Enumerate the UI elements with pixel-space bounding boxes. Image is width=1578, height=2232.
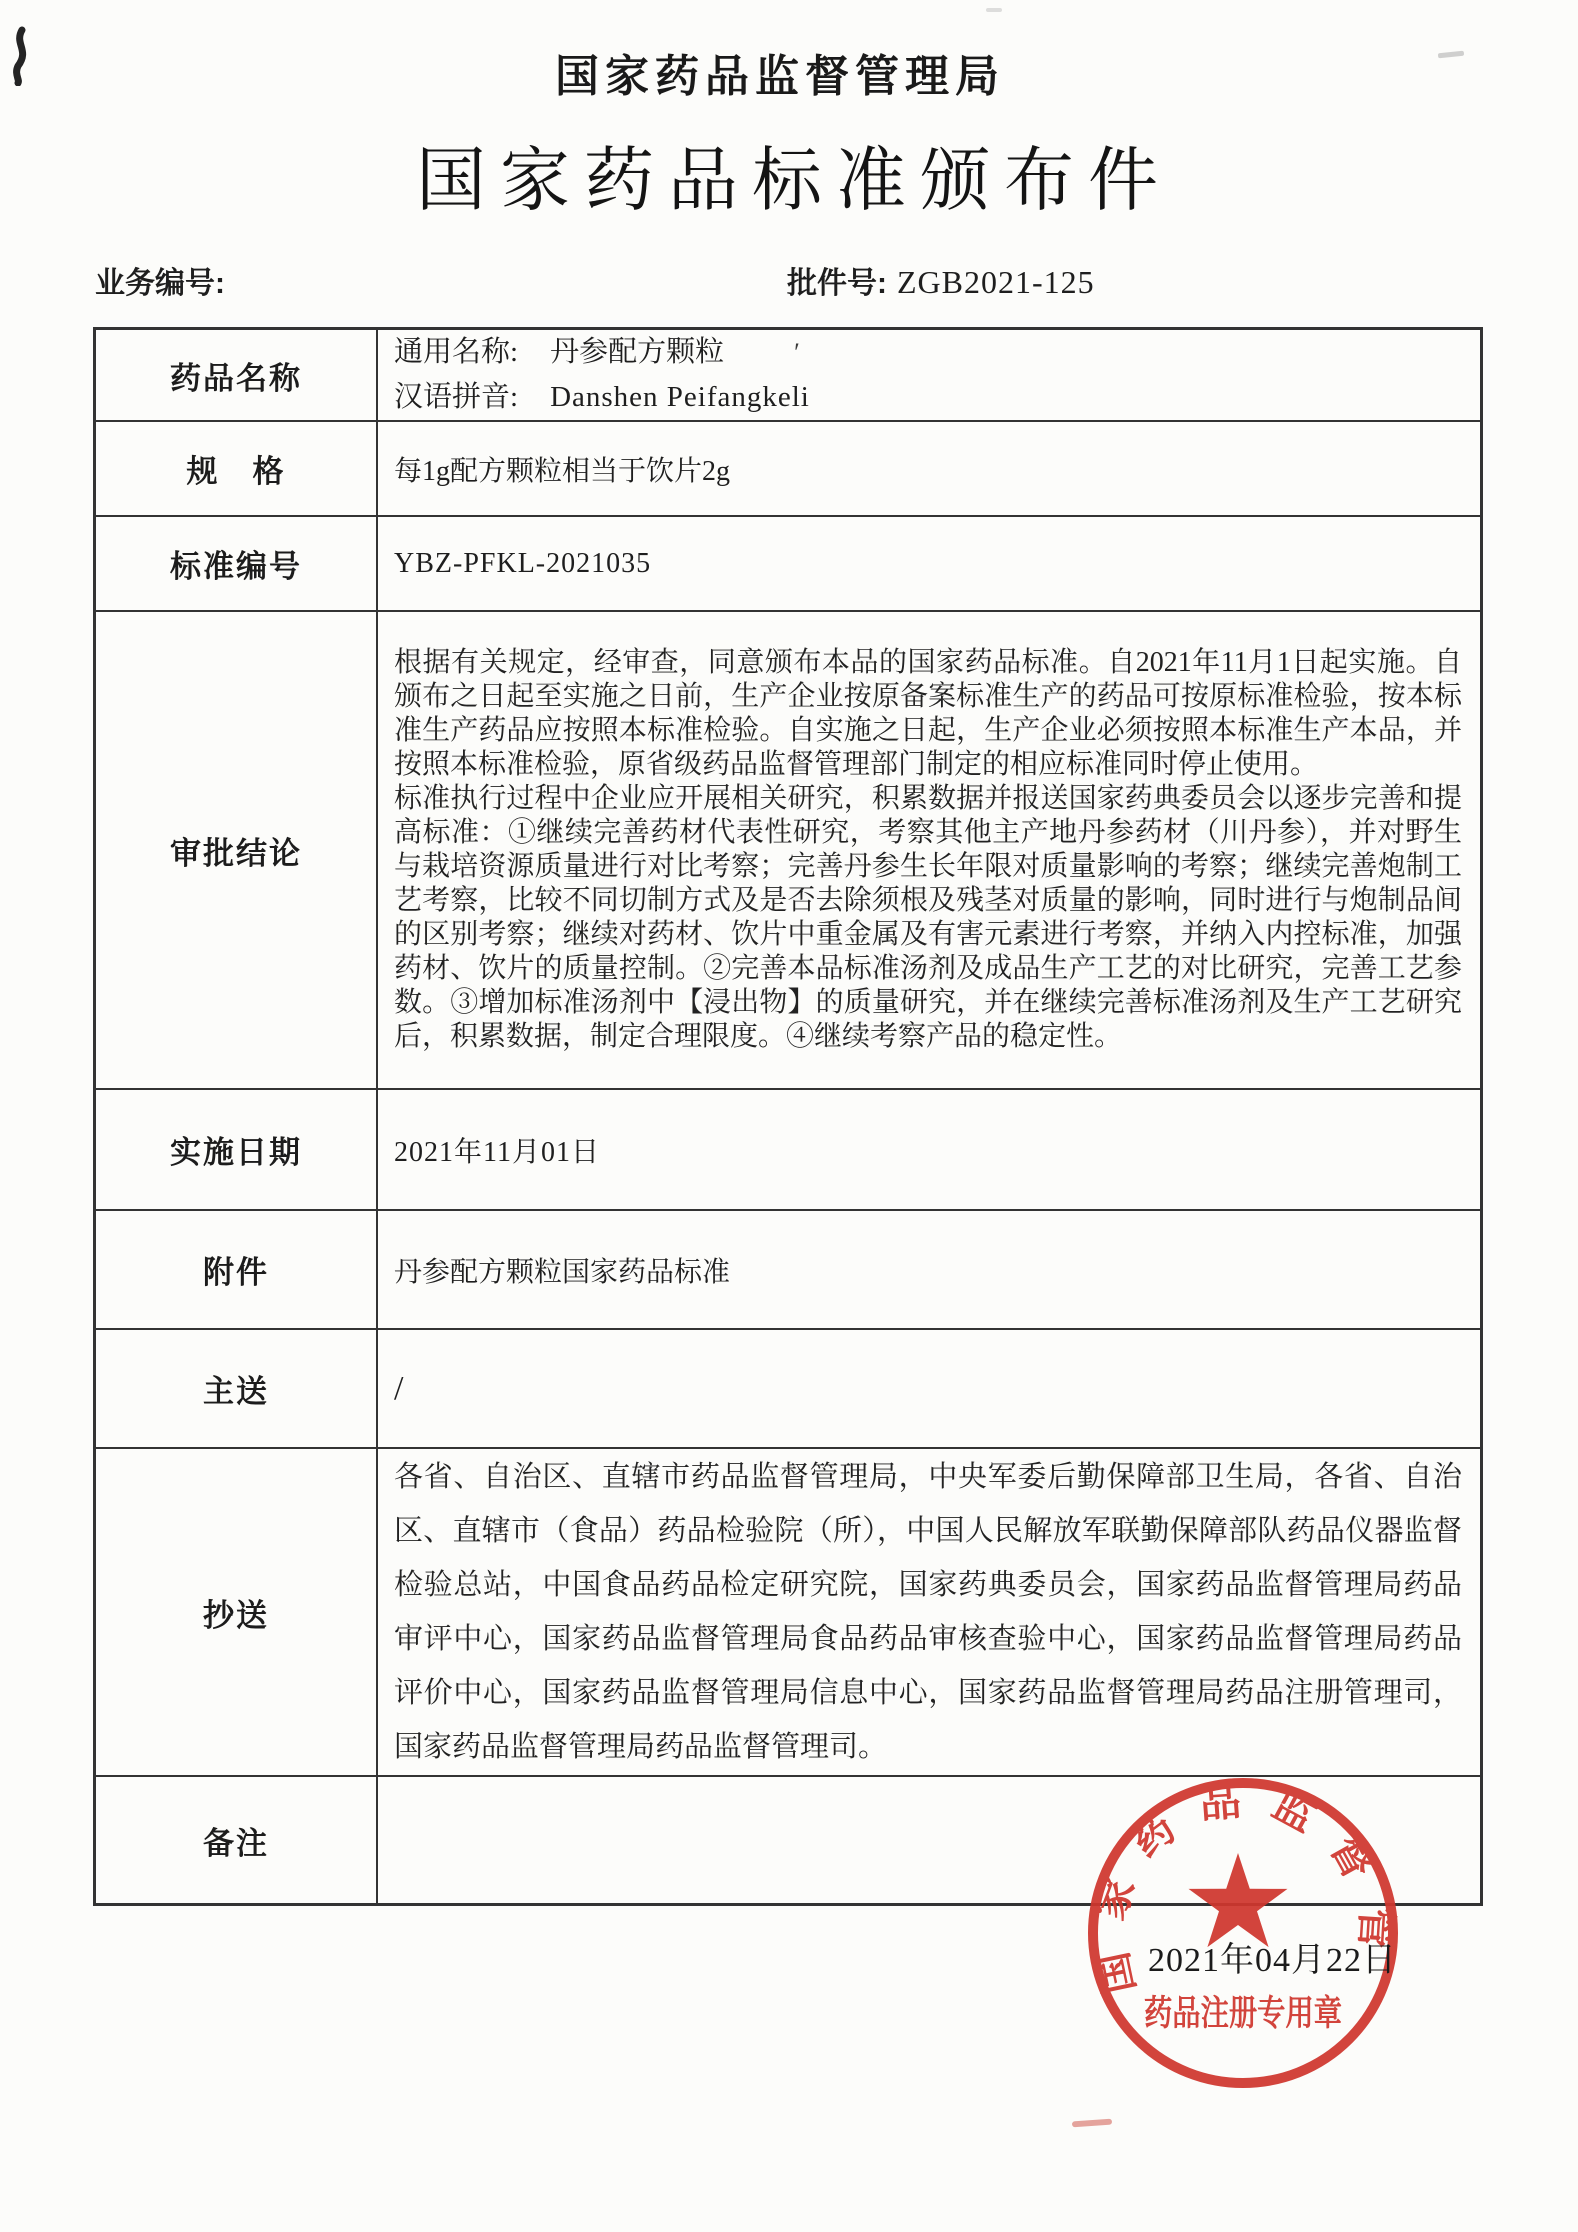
generic-name-label: 通用名称: <box>394 330 518 375</box>
table-row-drug-name: 药品名称 通用名称: 丹参配方颗粒 ′ 汉语拼音: Danshen Peifan… <box>96 330 1480 420</box>
approval-number-value: ZGB2021-125 <box>897 264 1095 301</box>
seal-date: 2021年04月22日 <box>1148 1932 1397 1981</box>
standard-number-value: YBZ-PFKL-2021035 <box>394 548 1462 580</box>
scanned-document-page: 国家药品监督管理局 国家药品标准颁布件 业务编号: 批件号: ZGB2021-1… <box>0 0 1578 2232</box>
row-label: 药品名称 <box>96 330 378 420</box>
document-title: 国家药品标准颁布件 <box>0 124 1574 225</box>
row-content: 丹参配方颗粒国家药品标准 <box>378 1211 1480 1328</box>
generic-name-value: 丹参配方颗粒 <box>550 330 724 375</box>
conclusion-paragraph-1: 根据有关规定，经审查，同意颁布本品的国家药品标准。自2021年11月1日起实施。… <box>394 646 1462 782</box>
table-row-attachment: 附件 丹参配方颗粒国家药品标准 <box>96 1209 1480 1328</box>
implementation-date-value: 2021年11月01日 <box>394 1130 1462 1170</box>
pinyin-value: Danshen Peifangkeli <box>550 375 810 420</box>
attachment-value: 丹参配方颗粒国家药品标准 <box>394 1250 1462 1290</box>
main-recipient-value: / <box>394 1370 1462 1408</box>
standard-issuance-table: 药品名称 通用名称: 丹参配方颗粒 ′ 汉语拼音: Danshen Peifan… <box>93 327 1483 1906</box>
row-content: YBZ-PFKL-2021035 <box>378 517 1480 610</box>
approval-number-label: 批件号: <box>787 258 887 302</box>
generic-name-line: 通用名称: 丹参配方颗粒 ′ <box>394 330 1462 375</box>
specification-value: 每1g配方颗粒相当于饮片2g <box>394 449 1462 489</box>
conclusion-paragraph-2: 标准执行过程中企业应开展相关研究，积累数据并报送国家药典委员会以逐步完善和提高标… <box>394 782 1462 1054</box>
table-row-specification: 规 格 每1g配方颗粒相当于饮片2g <box>96 420 1480 515</box>
reference-number-line: 业务编号: 批件号: ZGB2021-125 <box>0 258 1578 304</box>
table-row-cc-list: 抄送 各省、自治区、直辖市药品监督管理局，中央军委后勤保障部卫生局，各省、自治区… <box>96 1447 1480 1775</box>
business-number-label: 业务编号: <box>95 258 225 302</box>
table-row-implementation-date: 实施日期 2021年11月01日 <box>96 1088 1480 1209</box>
table-row-main-recipient: 主送 / <box>96 1328 1480 1447</box>
row-content: 各省、自治区、直辖市药品监督管理局，中央军委后勤保障部卫生局，各省、自治区、直辖… <box>378 1449 1480 1775</box>
pinyin-line: 汉语拼音: Danshen Peifangkeli <box>394 375 1462 420</box>
row-content: / <box>378 1330 1480 1447</box>
table-row-approval-conclusion: 审批结论 根据有关规定，经审查，同意颁布本品的国家药品标准。自2021年11月1… <box>96 610 1480 1088</box>
approval-number: 批件号: ZGB2021-125 <box>787 258 1095 302</box>
row-label: 标准编号 <box>96 517 378 610</box>
row-content: 通用名称: 丹参配方颗粒 ′ 汉语拼音: Danshen Peifangkeli <box>378 330 1480 420</box>
row-content: 根据有关规定，经审查，同意颁布本品的国家药品标准。自2021年11月1日起实施。… <box>378 612 1480 1088</box>
row-label: 附件 <box>96 1211 378 1328</box>
row-label: 规 格 <box>96 422 378 515</box>
row-label: 审批结论 <box>96 612 378 1088</box>
scan-smudge <box>986 8 1002 12</box>
seal-ink-smudge <box>1072 2119 1112 2128</box>
row-label: 主送 <box>96 1330 378 1447</box>
pinyin-label: 汉语拼音: <box>394 375 518 420</box>
seal-bottom-text: 药品注册专用章 <box>1144 1993 1342 2033</box>
organization-title: 国家药品监督管理局 <box>0 40 1560 104</box>
pen-mark-artifact: ′ <box>794 330 800 375</box>
row-label: 备注 <box>96 1777 378 1903</box>
cc-list-value: 各省、自治区、直辖市药品监督管理局，中央军委后勤保障部卫生局，各省、自治区、直辖… <box>394 1450 1462 1774</box>
row-content: 每1g配方颗粒相当于饮片2g <box>378 422 1480 515</box>
row-label: 抄送 <box>96 1449 378 1775</box>
table-row-standard-number: 标准编号 YBZ-PFKL-2021035 <box>96 515 1480 610</box>
row-content: 2021年11月01日 <box>378 1090 1480 1209</box>
row-label: 实施日期 <box>96 1090 378 1209</box>
